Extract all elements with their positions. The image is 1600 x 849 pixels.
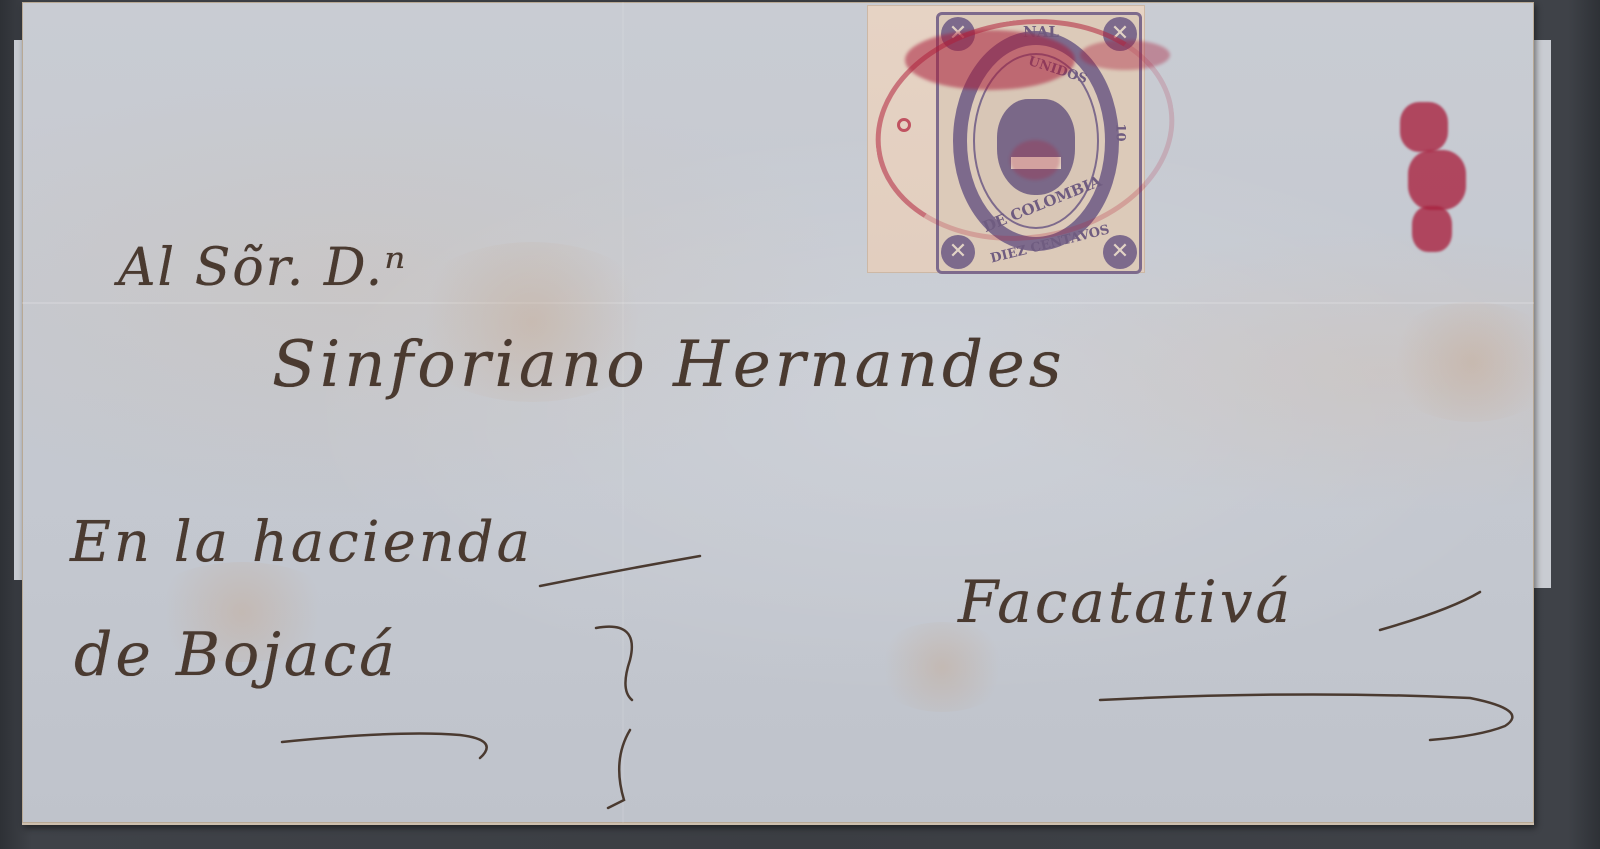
pen-flourishes — [0, 0, 1600, 849]
